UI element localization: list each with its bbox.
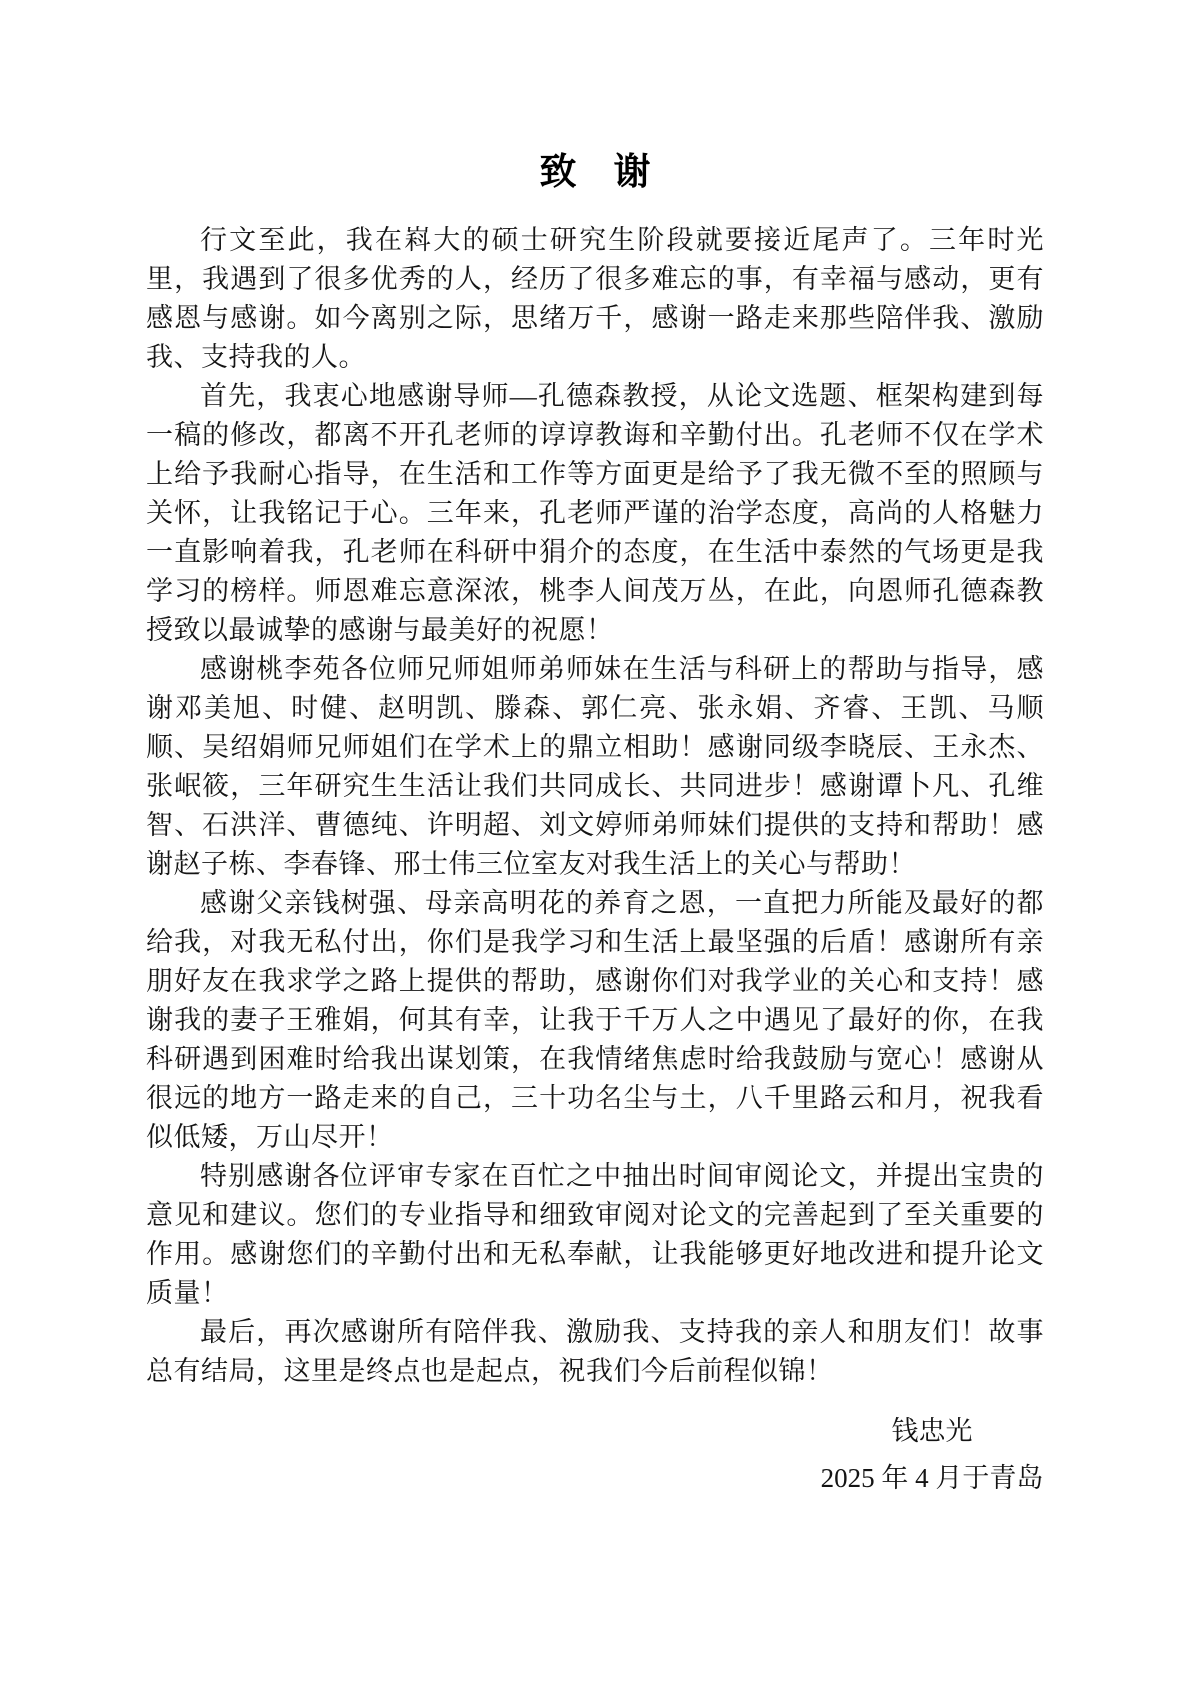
document-body: 行文至此，我在嵙大的硕士研究生阶段就要接近尾声了。三年时光里，我遇到了很多优秀的…	[146, 221, 1044, 1391]
paragraph-reviewers-thanks: 特别感谢各位评审专家在百忙之中抽出时间审阅论文，并提出宝贵的意见和建议。您们的专…	[146, 1157, 1044, 1313]
paragraph-family-thanks: 感谢父亲钱树强、母亲高明花的养育之恩，一直把力所能及最好的都给我，对我无私付出，…	[146, 884, 1044, 1157]
paragraph-labmates-thanks: 感谢桃李苑各位师兄师姐师弟师妹在生活与科研上的帮助与指导，感谢邓美旭、时健、赵明…	[146, 650, 1044, 884]
signature-block: 钱忠光 2025 年 4 月于青岛	[782, 1408, 1082, 1502]
signature-name: 钱忠光	[782, 1408, 1082, 1455]
paragraph-intro: 行文至此，我在嵙大的硕士研究生阶段就要接近尾声了。三年时光里，我遇到了很多优秀的…	[146, 221, 1044, 377]
paragraph-advisor-thanks: 首先，我衷心地感谢导师—孔德森教授，从论文选题、框架构建到每一稿的修改，都离不开…	[146, 377, 1044, 650]
paragraph-closing: 最后，再次感谢所有陪伴我、激励我、支持我的亲人和朋友们！故事总有结局，这里是终点…	[146, 1313, 1044, 1391]
acknowledgements-page: 致 谢 行文至此，我在嵙大的硕士研究生阶段就要接近尾声了。三年时光里，我遇到了很…	[0, 0, 1190, 1683]
page-title: 致 谢	[0, 0, 1190, 194]
signature-date-place: 2025 年 4 月于青岛	[782, 1455, 1082, 1502]
